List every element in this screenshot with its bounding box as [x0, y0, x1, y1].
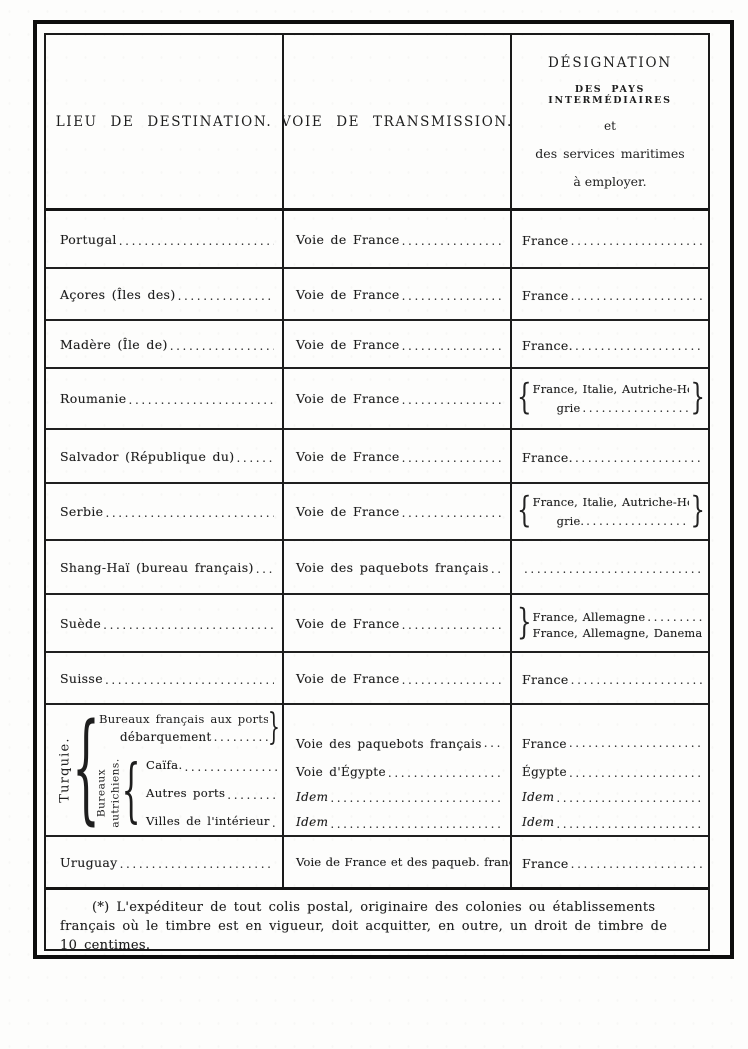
destination-cell: Suède	[46, 595, 282, 653]
pays-lines: France, Italie, Autriche-Hon-grie	[533, 382, 690, 416]
header-destination-label: LIEU DE DESTINATION.	[56, 114, 273, 130]
dot-leader	[101, 614, 274, 633]
header-designation-line5: à employer.	[573, 174, 646, 189]
dot-leader	[328, 787, 502, 806]
turquie-destination-cell: Turquie. Bureaux français aux ports de d…	[46, 705, 282, 837]
pays-lines: France, Italie, Autriche-Hon-grie.	[533, 495, 690, 529]
pays-label: France, Allemagne	[533, 610, 646, 624]
pays-cell: France	[510, 653, 708, 705]
pays-cell: France	[510, 837, 708, 887]
french-offices-line1: Bureaux français aux ports de	[94, 712, 268, 726]
voie-label: Voie de France	[296, 616, 400, 631]
dot-leader	[168, 335, 274, 354]
pays-line: France	[522, 669, 702, 688]
pays-line: France	[522, 230, 702, 249]
header-designation-line3: et	[604, 119, 616, 133]
dot-leader	[400, 285, 502, 304]
voie-label: Voie de France	[296, 671, 400, 686]
austrian-item-label: Villes de l'intérieur	[146, 814, 270, 828]
pays-line: grie	[533, 397, 690, 416]
dot-leader	[482, 732, 502, 751]
pays-line: France, Italie, Autriche-Hon-	[533, 495, 690, 509]
table-row: Suède Voie de France } France, Allemagne…	[46, 595, 708, 653]
header-voie: VOIE DE TRANSMISSION.	[282, 35, 510, 211]
turquie-label: Turquie.	[58, 737, 73, 803]
voie-label-idem: Idem	[296, 815, 328, 829]
destination-label: Portugal	[60, 232, 117, 247]
dot-leader	[569, 669, 702, 688]
pays-lines: France.	[522, 447, 702, 466]
pays-lines: France	[522, 669, 702, 688]
turquie-voie-cell: Voie des paquebots français Voie d'Égypt…	[282, 705, 510, 837]
pays-cell: { France, Italie, Autriche-Hon-grie. }	[510, 484, 708, 541]
dot-leader	[569, 285, 702, 304]
turquie-pays-cell: France Égypte Idem Idem	[510, 705, 708, 837]
table-rows-upper: Portugal Voie de France France Açores (Î…	[46, 211, 708, 705]
voie-cell: Voie des paquebots français	[282, 541, 510, 595]
voie-label: Voie des paquebots français	[296, 560, 489, 575]
dot-leader	[567, 732, 702, 751]
voie-cell: Voie de France	[282, 484, 510, 541]
dot-leader	[254, 558, 274, 577]
dot-leader	[118, 853, 274, 872]
table-rows-lower: Uruguay Voie de France et des paqueb. fr…	[46, 837, 708, 887]
dot-leader	[400, 669, 502, 688]
pays-lines: France.	[522, 335, 702, 354]
dot-leader	[103, 669, 274, 688]
destination-cell: Madère (Île de)	[46, 321, 282, 369]
austrian-open-brace	[124, 751, 138, 835]
destination-cell: Serbie	[46, 484, 282, 541]
pays-cell: France.	[510, 321, 708, 369]
pays-label: France, Allemagne, Danemark.	[533, 626, 702, 640]
pays-cell: France.	[510, 430, 708, 484]
dot-leader	[489, 558, 502, 577]
table-row: Salvador (République du) Voie de France …	[46, 430, 708, 484]
destination-cell: Roumanie	[46, 369, 282, 430]
table-row: Portugal Voie de France France	[46, 211, 708, 269]
header-designation-line4: des services maritimes	[535, 146, 684, 161]
voie-label: Voie de France	[296, 337, 400, 352]
dot-leader	[270, 812, 278, 831]
header-designation: DÉSIGNATION DES PAYS INTERMÉDIAIRES et d…	[510, 35, 708, 211]
pays-line: France	[522, 285, 702, 304]
pays-label: France	[522, 288, 569, 303]
dot-leader	[386, 762, 502, 781]
table-row: Uruguay Voie de France et des paqueb. fr…	[46, 837, 708, 887]
pays-label: France	[522, 856, 569, 871]
austrian-item: Caïfa.	[138, 751, 278, 779]
destination-cell: Suisse	[46, 653, 282, 705]
dot-leader	[522, 558, 702, 577]
pays-cell: France	[510, 211, 708, 269]
pays-lines: France	[522, 230, 702, 249]
austrian-offices-group: Bureaux autrichiens. Caïfa.	[94, 751, 278, 835]
header-destination: LIEU DE DESTINATION.	[46, 35, 282, 211]
pays-line: France, Allemagne, Danemark.	[533, 626, 702, 640]
dot-leader	[176, 285, 274, 304]
pays-lines: France, AllemagneFrance, Allemagne, Dane…	[533, 606, 702, 640]
table-header-row: LIEU DE DESTINATION. VOIE DE TRANSMISSIO…	[46, 35, 708, 211]
pays-label-idem: Idem	[522, 790, 554, 804]
table-row: Serbie Voie de France { France, Italie, …	[46, 484, 708, 541]
pays-cell	[510, 541, 708, 595]
turquie-group-row: Turquie. Bureaux français aux ports de d…	[46, 705, 708, 837]
destination-label: Madère (Île de)	[60, 337, 168, 352]
dot-leader	[235, 447, 275, 466]
pays-line: grie.	[533, 510, 690, 529]
voie-label: Voie de France	[296, 391, 400, 406]
austrian-item: Villes de l'intérieur	[138, 807, 278, 835]
table-row: Shang-Haï (bureau français) Voie des paq…	[46, 541, 708, 595]
pays-label-idem: Idem	[522, 815, 554, 829]
destination-label: Uruguay	[60, 855, 118, 870]
voie-label: Voie de France	[296, 287, 400, 302]
voie-cell: Voie de France	[282, 595, 510, 653]
dot-leader	[182, 756, 278, 775]
voie-cell: Voie de France	[282, 369, 510, 430]
french-offices-close-brace	[268, 719, 278, 738]
dot-leader	[567, 762, 702, 781]
austrian-offices-vertical-label: Bureaux autrichiens.	[94, 751, 124, 835]
pays-open-brace: }	[517, 605, 532, 641]
destination-label: Salvador (République du)	[60, 449, 235, 464]
pays-cell: } France, AllemagneFrance, Allemagne, Da…	[510, 595, 708, 653]
french-offices-line2: débarquement	[120, 730, 212, 744]
pays-label: France.	[522, 338, 573, 353]
voie-cell: Voie de France et des paqueb. français	[282, 837, 510, 887]
header-designation-line2: DES PAYS INTERMÉDIAIRES	[512, 84, 708, 106]
destination-label: Suède	[60, 616, 101, 631]
table-row: Roumanie Voie de France { France, Italie…	[46, 369, 708, 430]
voie-label: Voie des paquebots français	[296, 737, 482, 751]
dot-leader	[554, 813, 702, 832]
destination-label: Suisse	[60, 671, 103, 686]
pays-line: France	[522, 853, 702, 872]
dot-leader	[400, 447, 502, 466]
pays-label: Égypte	[522, 765, 567, 779]
pays-lines: France	[522, 285, 702, 304]
dot-leader	[127, 389, 274, 408]
pays-label: grie.	[557, 514, 585, 528]
dot-leader	[573, 447, 702, 466]
pays-label: France.	[522, 450, 573, 465]
page-frame: LIEU DE DESTINATION. VOIE DE TRANSMISSIO…	[33, 20, 734, 959]
footnote-text: (*) L'expéditeur de tout colis postal, o…	[60, 899, 690, 949]
voie-label-idem: Idem	[296, 790, 328, 804]
dot-leader	[584, 510, 689, 529]
voie-cell: Voie de France	[282, 211, 510, 269]
voie-label: Voie de France	[296, 504, 400, 519]
header-designation-line1: DÉSIGNATION	[548, 55, 672, 71]
austrian-label-line1: Bureaux	[95, 758, 109, 827]
destination-label: Shang-Haï (bureau français)	[60, 560, 254, 575]
austrian-items: Caïfa. Autres ports Villes de l'intérieu…	[138, 751, 278, 835]
turquie-french-offices-text: Bureaux français aux ports de débarqueme…	[94, 712, 268, 745]
footnote: (*) L'expéditeur de tout colis postal, o…	[46, 887, 708, 949]
header-voie-label: VOIE DE TRANSMISSION.	[282, 114, 510, 130]
pays-lines	[522, 558, 702, 577]
pays-close-brace: }	[690, 494, 705, 530]
pays-line: France.	[522, 447, 702, 466]
dot-leader	[400, 614, 502, 633]
turquie-open-brace	[78, 705, 94, 835]
pays-line: France.	[522, 335, 702, 354]
table-row: Açores (Îles des) Voie de France France	[46, 269, 708, 321]
pays-label: France, Italie, Autriche-Hon-	[533, 382, 690, 396]
table-row: Suisse Voie de France France	[46, 653, 708, 705]
destination-cell: Portugal	[46, 211, 282, 269]
table-row: Madère (Île de) Voie de France France.	[46, 321, 708, 369]
dot-leader	[103, 502, 274, 521]
austrian-item-label: Caïfa.	[146, 758, 182, 772]
pays-cell: France	[510, 269, 708, 321]
voie-label: Voie de France	[296, 449, 400, 464]
scanned-page: LIEU DE DESTINATION. VOIE DE TRANSMISSIO…	[0, 0, 748, 1049]
turquie-french-offices-item: Bureaux français aux ports de débarqueme…	[94, 705, 278, 751]
pays-label: France	[522, 233, 569, 248]
destination-label: Serbie	[60, 504, 103, 519]
dot-leader	[554, 787, 702, 806]
pays-label: France	[522, 672, 569, 687]
destination-cell: Uruguay	[46, 837, 282, 887]
pays-open-brace: {	[517, 381, 532, 417]
dot-leader	[117, 230, 274, 249]
dot-leader	[400, 230, 502, 249]
pays-cell: { France, Italie, Autriche-Hon-grie }	[510, 369, 708, 430]
destination-cell: Salvador (République du)	[46, 430, 282, 484]
dot-leader	[400, 389, 502, 408]
voie-cell: Voie de France	[282, 430, 510, 484]
dot-leader	[400, 335, 502, 354]
dot-leader	[400, 502, 502, 521]
dot-leader	[212, 726, 268, 745]
pays-line	[522, 558, 702, 577]
voie-label: Voie de France	[296, 232, 400, 247]
pays-label: grie	[557, 401, 581, 415]
voie-cell: Voie de France	[282, 269, 510, 321]
austrian-item: Autres ports	[138, 779, 278, 807]
voie-cell: Voie de France	[282, 653, 510, 705]
destination-label: Açores (Îles des)	[60, 287, 176, 302]
austrian-item-label: Autres ports	[146, 786, 225, 800]
voie-label: Voie de France et des paqueb. français	[296, 855, 510, 869]
pays-close-brace: }	[690, 381, 705, 417]
dot-leader	[225, 784, 278, 803]
pays-lines: France	[522, 853, 702, 872]
dot-leader	[569, 230, 702, 249]
destination-cell: Açores (Îles des)	[46, 269, 282, 321]
destination-cell: Shang-Haï (bureau français)	[46, 541, 282, 595]
dot-leader	[569, 853, 702, 872]
dot-leader	[645, 606, 702, 625]
dot-leader	[573, 335, 702, 354]
pays-label: France, Italie, Autriche-Hon-	[533, 495, 690, 509]
postal-routing-table: LIEU DE DESTINATION. VOIE DE TRANSMISSIO…	[44, 33, 710, 951]
voie-cell: Voie de France	[282, 321, 510, 369]
pays-open-brace: {	[517, 494, 532, 530]
pays-line: France, Allemagne	[533, 606, 702, 625]
destination-label: Roumanie	[60, 391, 127, 406]
voie-label: Voie d'Égypte	[296, 765, 386, 779]
pays-line: France, Italie, Autriche-Hon-	[533, 382, 690, 396]
dot-leader	[580, 397, 689, 416]
turquie-sub-items: Bureaux français aux ports de débarqueme…	[94, 705, 278, 835]
pays-label: France	[522, 737, 567, 751]
dot-leader	[328, 813, 502, 832]
